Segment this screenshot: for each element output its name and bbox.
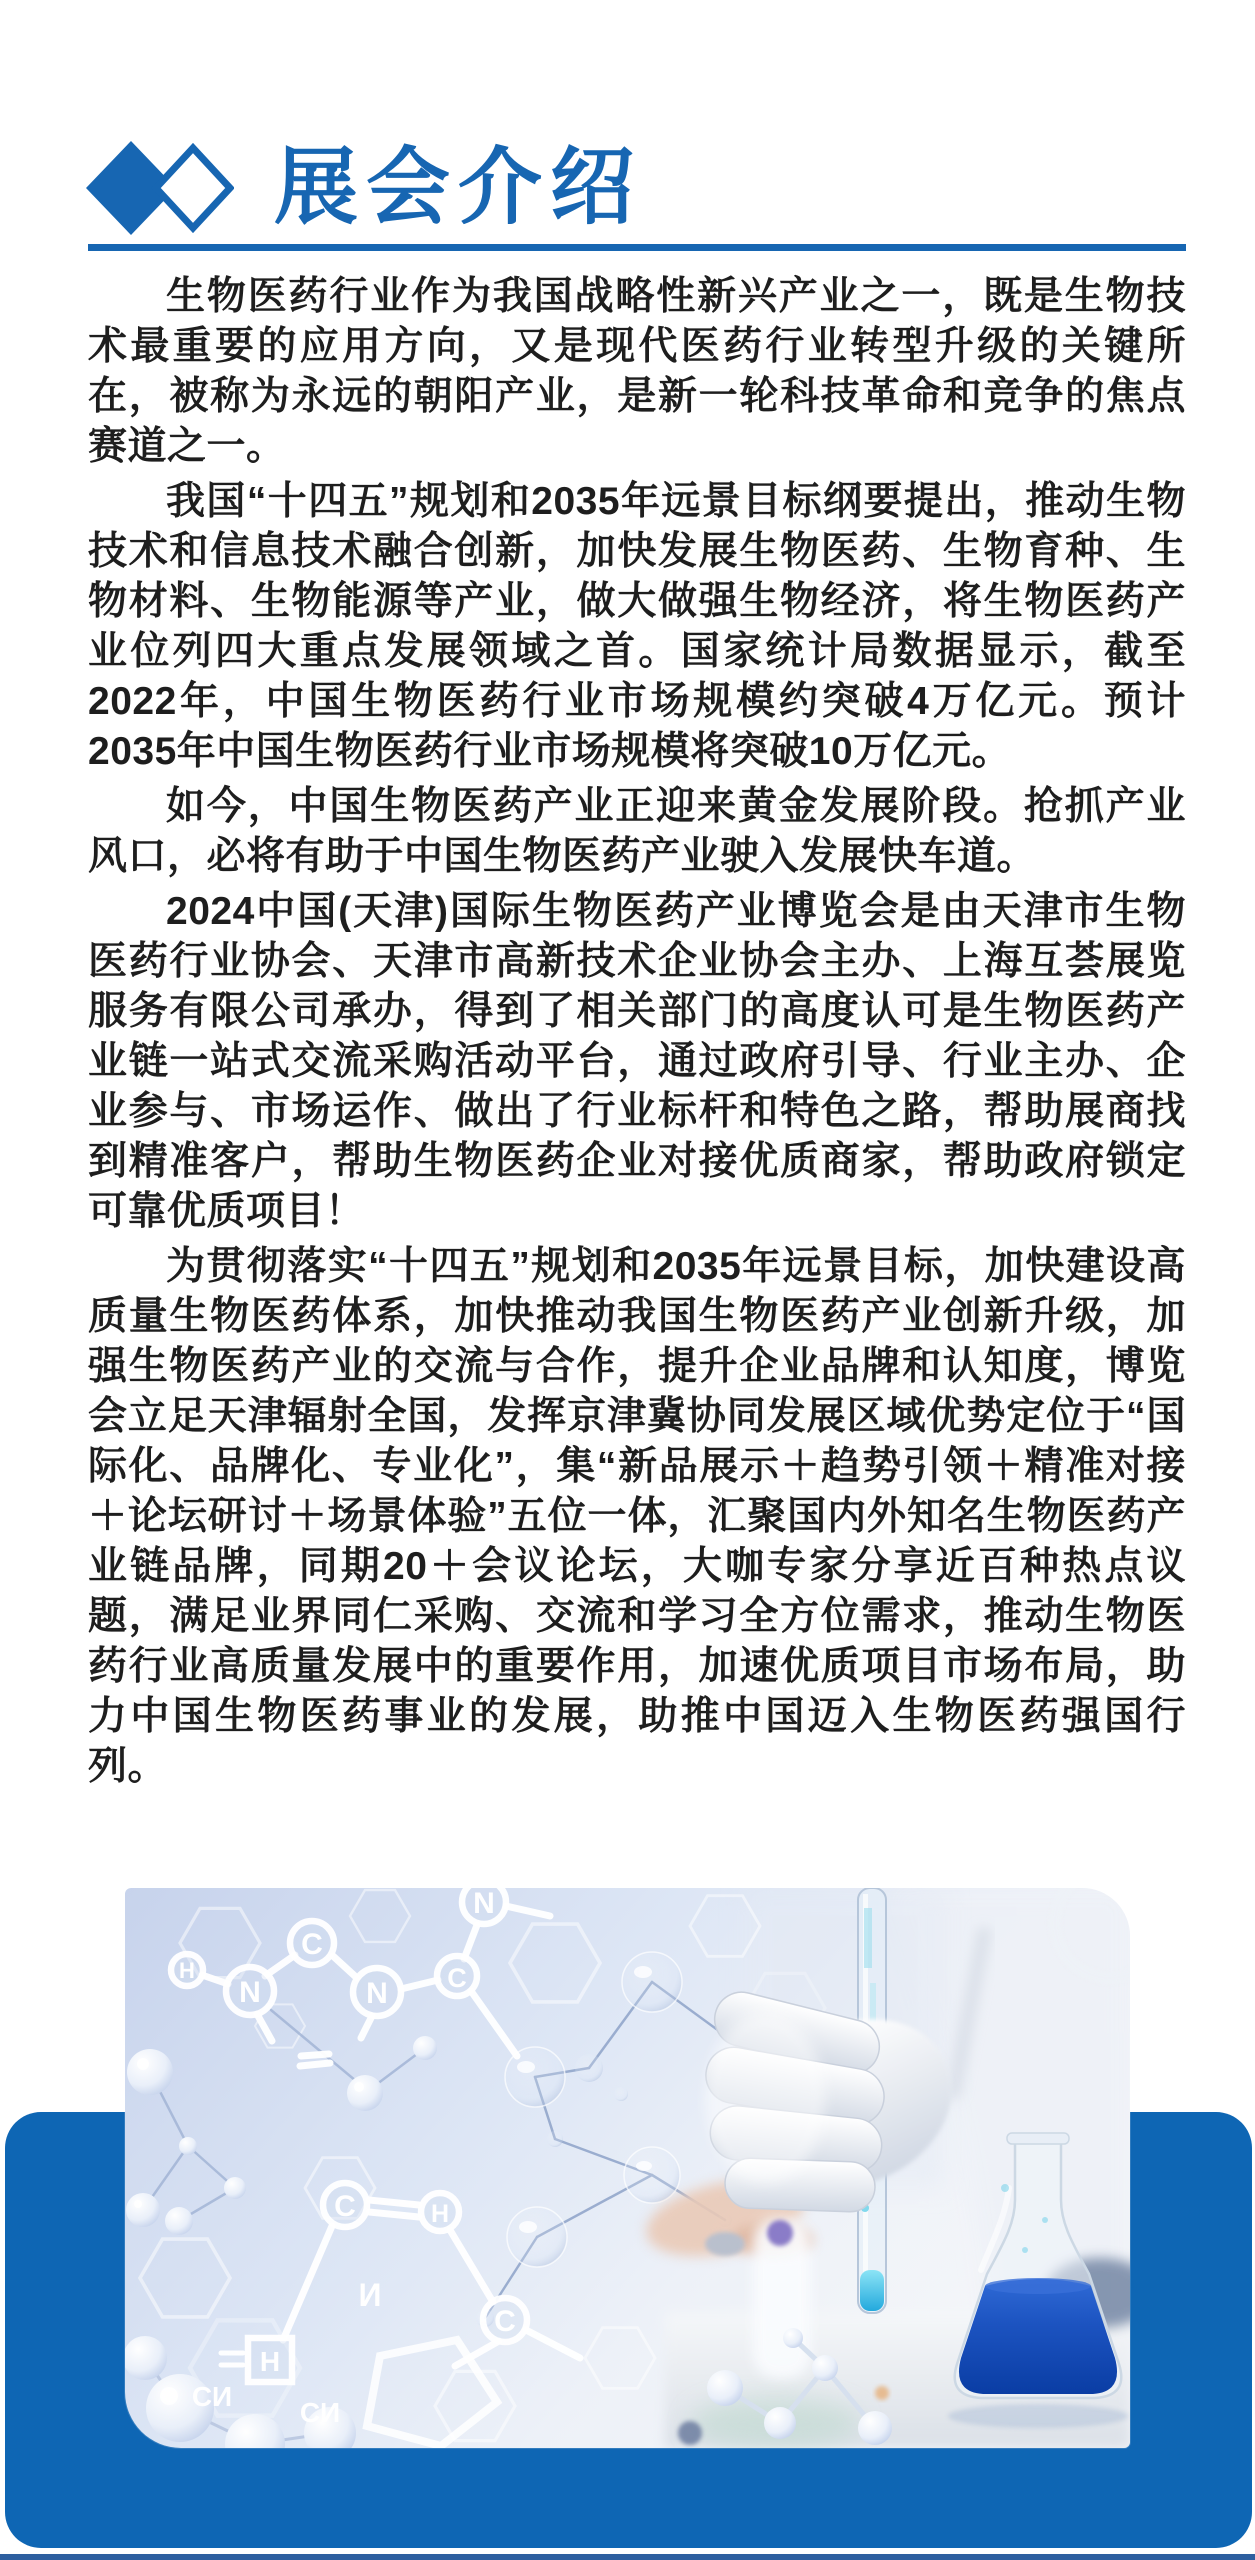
atom-label: C: [447, 1963, 467, 1993]
intro-paragraph: 2024中国(天津)国际生物医药产业博览会是由天津市生物医药行业协会、天津市高新…: [88, 887, 1186, 1237]
lab-photo: H C N N C N C H C Н И СИ СИ: [125, 1888, 1130, 2448]
intro-paragraph: 生物医药行业作为我国战略性新兴产业之一，既是生物技术最重要的应用方向，又是现代医…: [88, 272, 1186, 472]
intro-paragraph: 我国“十四五”规划和2035年远景目标纲要提出，推动生物技术和信息技术融合创新，…: [88, 477, 1186, 777]
brochure-page: 展会介绍 生物医药行业作为我国战略性新兴产业之一，既是生物技术最重要的应用方向，…: [0, 0, 1255, 2560]
header-divider: [88, 244, 1186, 251]
atom-label: Н: [260, 2346, 280, 2377]
page-bottom-strip: [0, 2554, 1255, 2560]
atom-label: C: [334, 2190, 356, 2223]
page-title: 展会介绍: [274, 140, 642, 235]
atom-label: H: [179, 1958, 195, 1983]
intro-section: 生物医药行业作为我国战略性新兴产业之一，既是生物技术最重要的应用方向，又是现代医…: [88, 272, 1186, 1797]
atom-label: H: [431, 2200, 449, 2228]
atom-label: C: [301, 1928, 323, 1961]
atom-label: N: [239, 1976, 261, 2009]
atom-label: C: [494, 2305, 516, 2338]
atom-label: СИ: [300, 2397, 340, 2428]
lab-photo-illustration: H C N N C N C H C Н И СИ СИ: [125, 1888, 1130, 2448]
atom-label: N: [366, 1977, 388, 2010]
atom-label: N: [473, 1888, 495, 1920]
intro-paragraph: 如今，中国生物医药产业正迎来黄金发展阶段。抢抓产业风口，必将有助于中国生物医药产…: [88, 782, 1186, 882]
double-diamond-icon: [86, 140, 234, 236]
atom-label: И: [359, 2277, 382, 2313]
intro-paragraph: 为贯彻落实“十四五”规划和2035年远景目标，加快建设高质量生物医药体系，加快推…: [88, 1242, 1186, 1792]
atom-label: СИ: [192, 2381, 232, 2412]
